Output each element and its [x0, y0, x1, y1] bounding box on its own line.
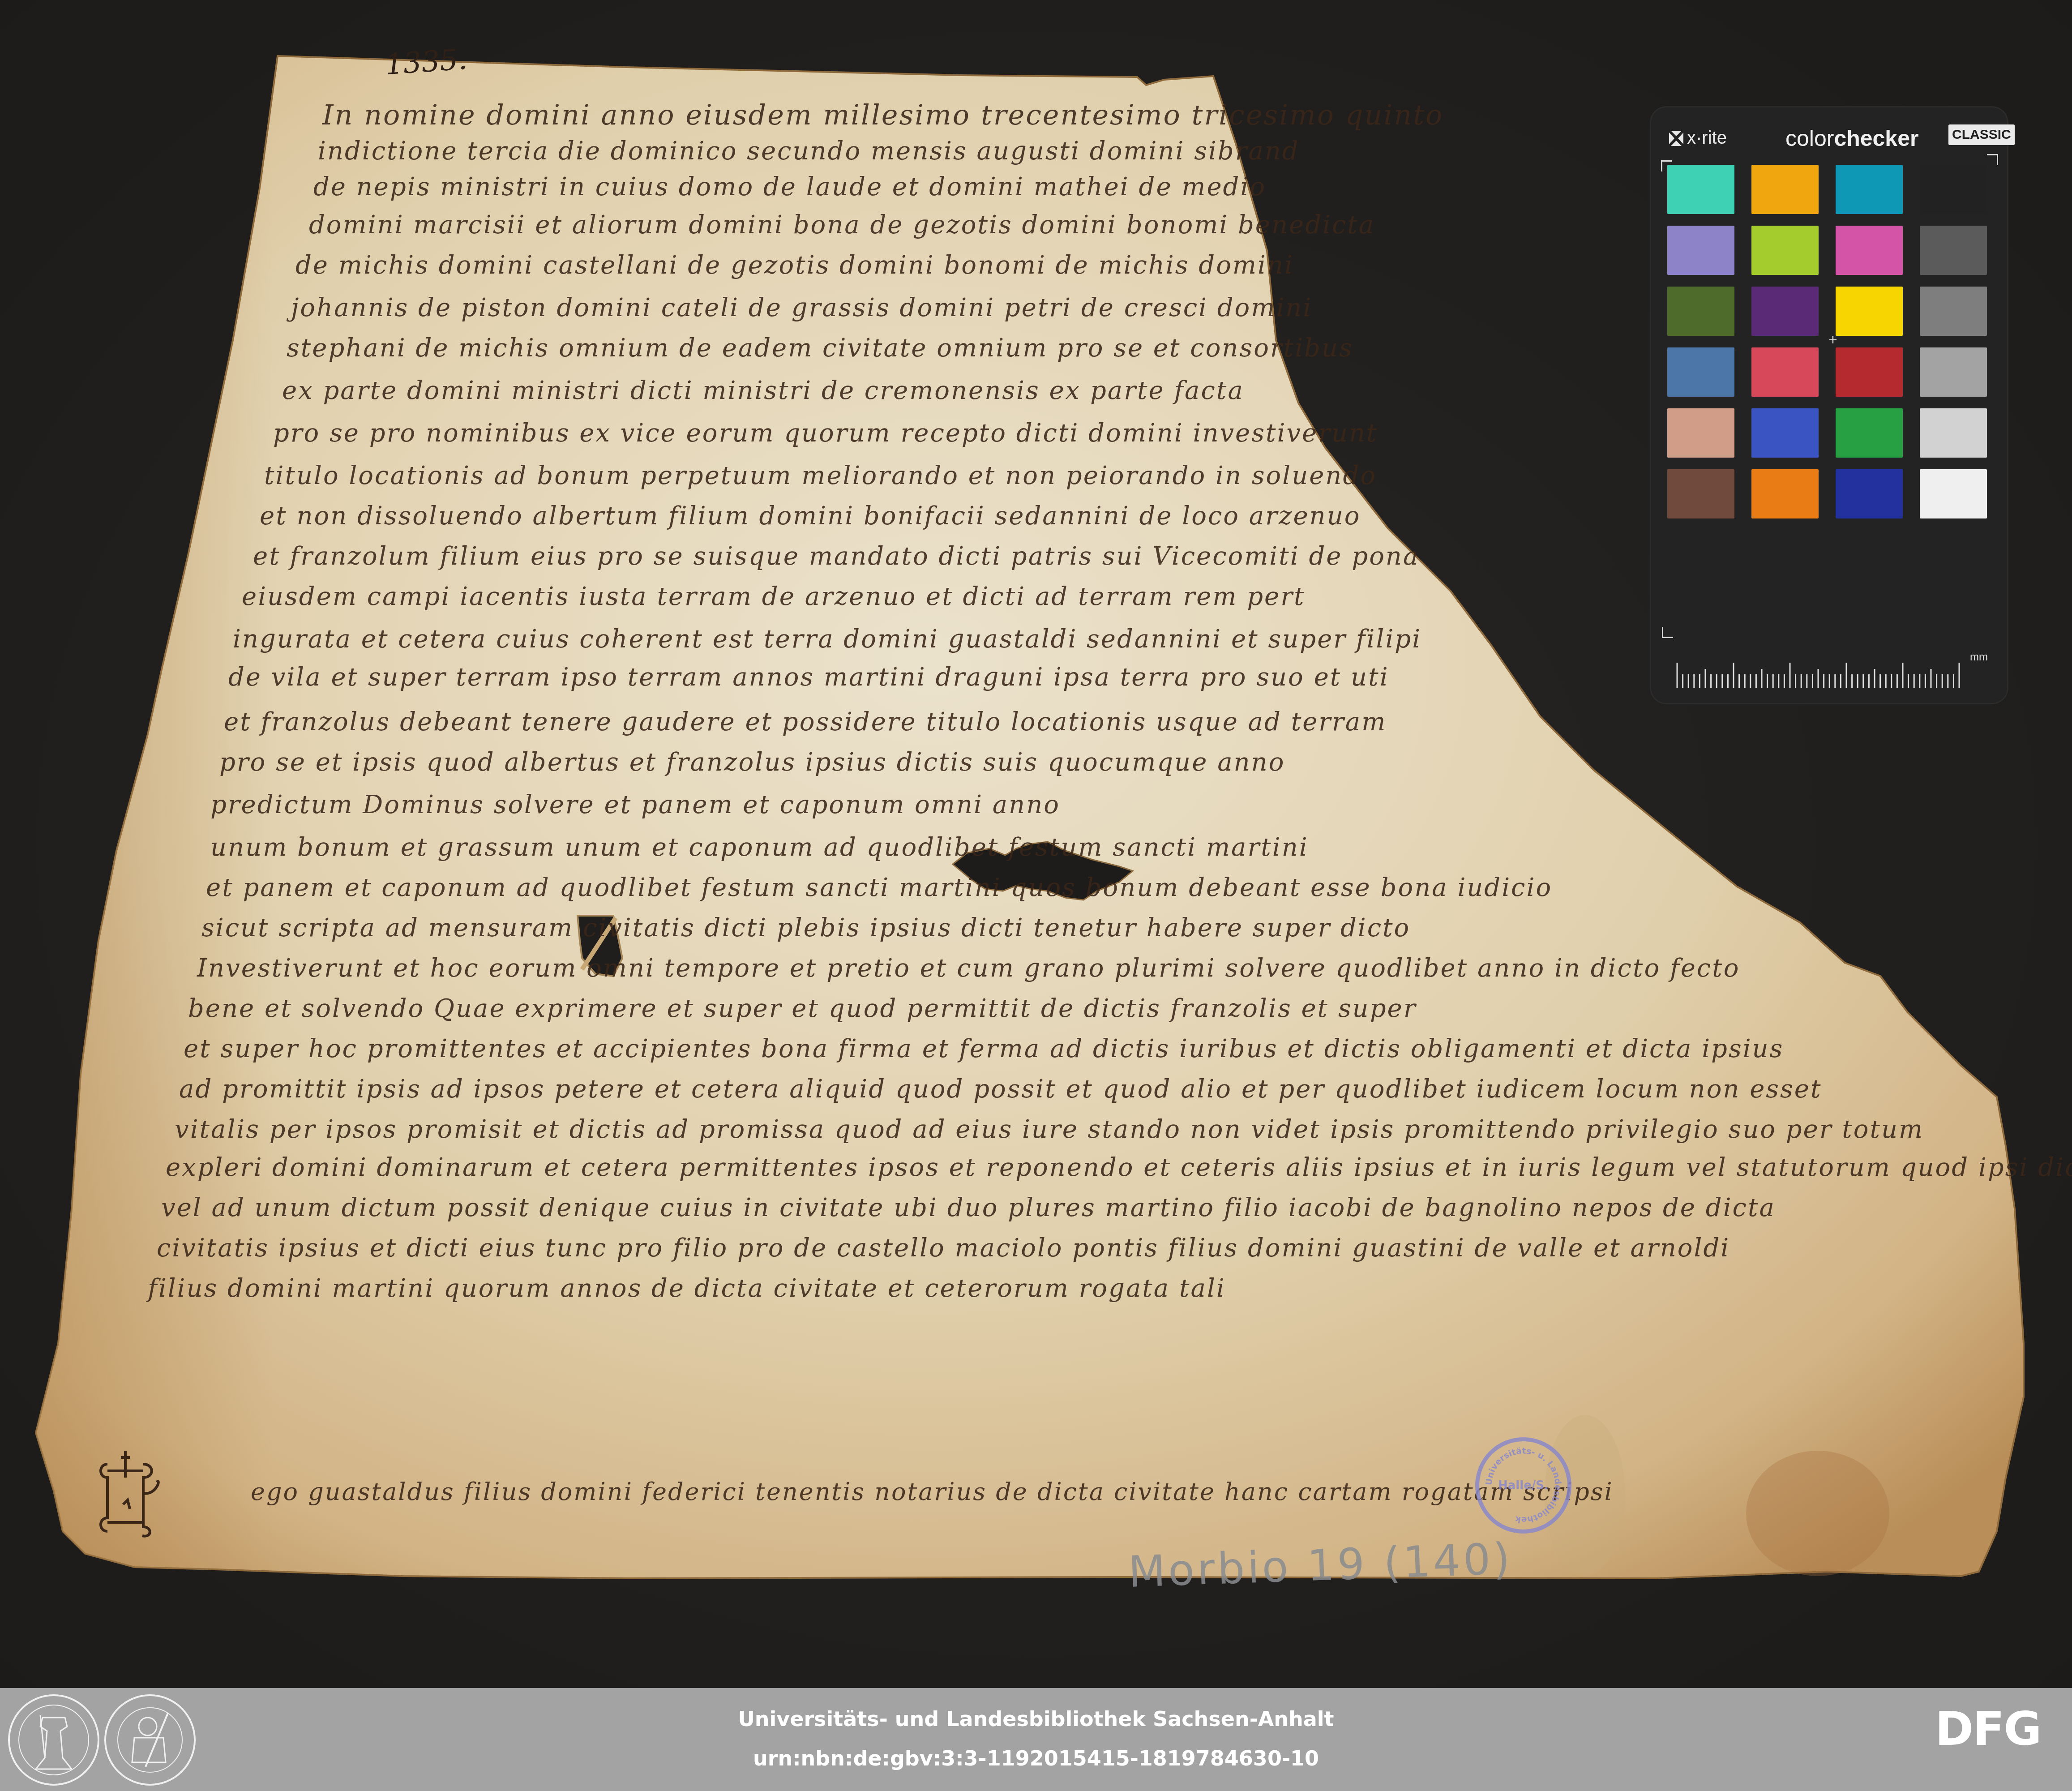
color-swatch	[1836, 226, 1903, 275]
color-swatch-grid	[1667, 165, 1987, 518]
color-swatch	[1836, 165, 1903, 214]
classic-badge: CLASSIC	[1948, 124, 2015, 145]
color-swatch	[1920, 408, 1987, 458]
color-swatch	[1836, 347, 1903, 397]
registration-corner-icon	[1987, 154, 1998, 165]
color-swatch	[1836, 287, 1903, 336]
university-seal-right-icon	[101, 1691, 199, 1789]
crosshair-icon: +	[1828, 331, 1837, 349]
color-swatch	[1667, 408, 1734, 458]
color-swatch	[1667, 347, 1734, 397]
color-swatch	[1836, 469, 1903, 518]
scan-viewport: 1335. In nomine domini anno eiusdem mill…	[0, 0, 2072, 1688]
color-swatch	[1751, 287, 1819, 336]
xrite-brand-text: x·rite	[1687, 128, 1727, 148]
xrite-brand: x·rite	[1669, 128, 1727, 148]
color-swatch	[1751, 469, 1819, 518]
ruler-unit-label: mm	[1970, 651, 1988, 664]
institution-name: Universitäts- und Landesbibliothek Sachs…	[0, 1707, 2072, 1731]
library-footer: Universitäts- und Landesbibliothek Sachs…	[0, 1688, 2072, 1791]
color-swatch	[1920, 226, 1987, 275]
color-checker-card: x·rite colorchecker CLASSIC + mm	[1651, 107, 2007, 703]
color-swatch	[1751, 347, 1819, 397]
xrite-logo-icon	[1669, 130, 1683, 147]
registration-corner-icon	[1662, 627, 1673, 638]
color-swatch	[1751, 408, 1819, 458]
color-swatch	[1667, 165, 1734, 214]
color-swatch	[1751, 226, 1819, 275]
colorchecker-title: colorchecker	[1785, 125, 1918, 151]
color-swatch	[1920, 347, 1987, 397]
color-swatch	[1920, 469, 1987, 518]
color-swatch	[1920, 287, 1987, 336]
color-swatch	[1667, 226, 1734, 275]
color-swatch	[1920, 165, 1987, 214]
color-swatch	[1667, 287, 1734, 336]
university-seal-left-icon	[4, 1691, 103, 1789]
color-swatch	[1836, 408, 1903, 458]
color-swatch	[1751, 165, 1819, 214]
urn-identifier[interactable]: urn:nbn:de:gbv:3:3-1192015415-1819784630…	[0, 1746, 2072, 1770]
color-swatch	[1667, 469, 1734, 518]
dfg-logo: DFG	[1935, 1701, 2041, 1756]
millimeter-ruler	[1673, 661, 1964, 688]
